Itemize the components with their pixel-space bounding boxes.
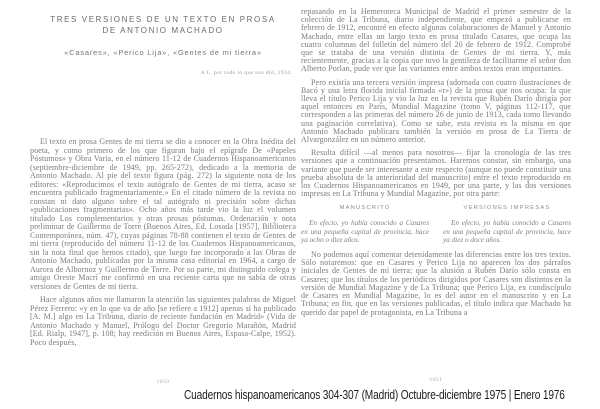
article-title: TRES VERSIONES DE UN TEXTO EN PROSA DE A…: [30, 14, 296, 36]
left-page-paragraph-2: Hace algunos años me llamaron la atenció…: [30, 296, 296, 347]
right-page-paragraph-2: Pero existía una tercera versión impresa…: [301, 79, 571, 145]
article-subtitle: «Casares», «Perico Lija», «Gentes de mi …: [30, 48, 296, 57]
article-title-line2: DE ANTONIO MACHADO: [30, 25, 296, 36]
left-page-paragraph-1: El texto en prosa Gentes de mi tierra se…: [30, 138, 296, 291]
right-page-number: 1051: [301, 377, 571, 383]
right-page-paragraph-3: Resulta difícil —al menos para nosotros—…: [301, 149, 571, 198]
right-page-paragraph-1: repasando en la Hemeroteca Municipal de …: [301, 8, 571, 74]
dedication-line: A L. por todo lo que nos dió, 1934.: [30, 70, 296, 76]
left-page: TRES VERSIONES DE UN TEXTO EN PROSA DE A…: [30, 14, 296, 347]
manuscript-column-header: MANUSCRITO: [301, 205, 429, 211]
right-page: repasando en la Hemeroteca Municipal de …: [301, 8, 571, 317]
version-comparison-table: MANUSCRITO VERSIONES IMPRESAS En efecto,…: [301, 205, 571, 244]
article-title-line1: TRES VERSIONES DE UN TEXTO EN PROSA: [30, 14, 296, 25]
comparison-headers: MANUSCRITO VERSIONES IMPRESAS: [301, 205, 571, 211]
manuscript-column-text: En efecto, yo había conocido a Casares e…: [301, 219, 429, 244]
left-page-number: 1050: [30, 379, 296, 385]
printed-versions-column-text: En efecto, yo había conocido a Casares e…: [443, 219, 571, 244]
bibliographic-caption: Cuadernos hispanoamericanos 304-307 (Mad…: [184, 387, 565, 402]
right-page-paragraph-4: No podemos aquí comentar detenidamente l…: [301, 251, 571, 317]
printed-versions-column-header: VERSIONES IMPRESAS: [443, 205, 571, 211]
comparison-columns: En efecto, yo había conocido a Casares e…: [301, 219, 571, 244]
scanned-journal-spread: TRES VERSIONES DE UN TEXTO EN PROSA DE A…: [0, 0, 600, 409]
